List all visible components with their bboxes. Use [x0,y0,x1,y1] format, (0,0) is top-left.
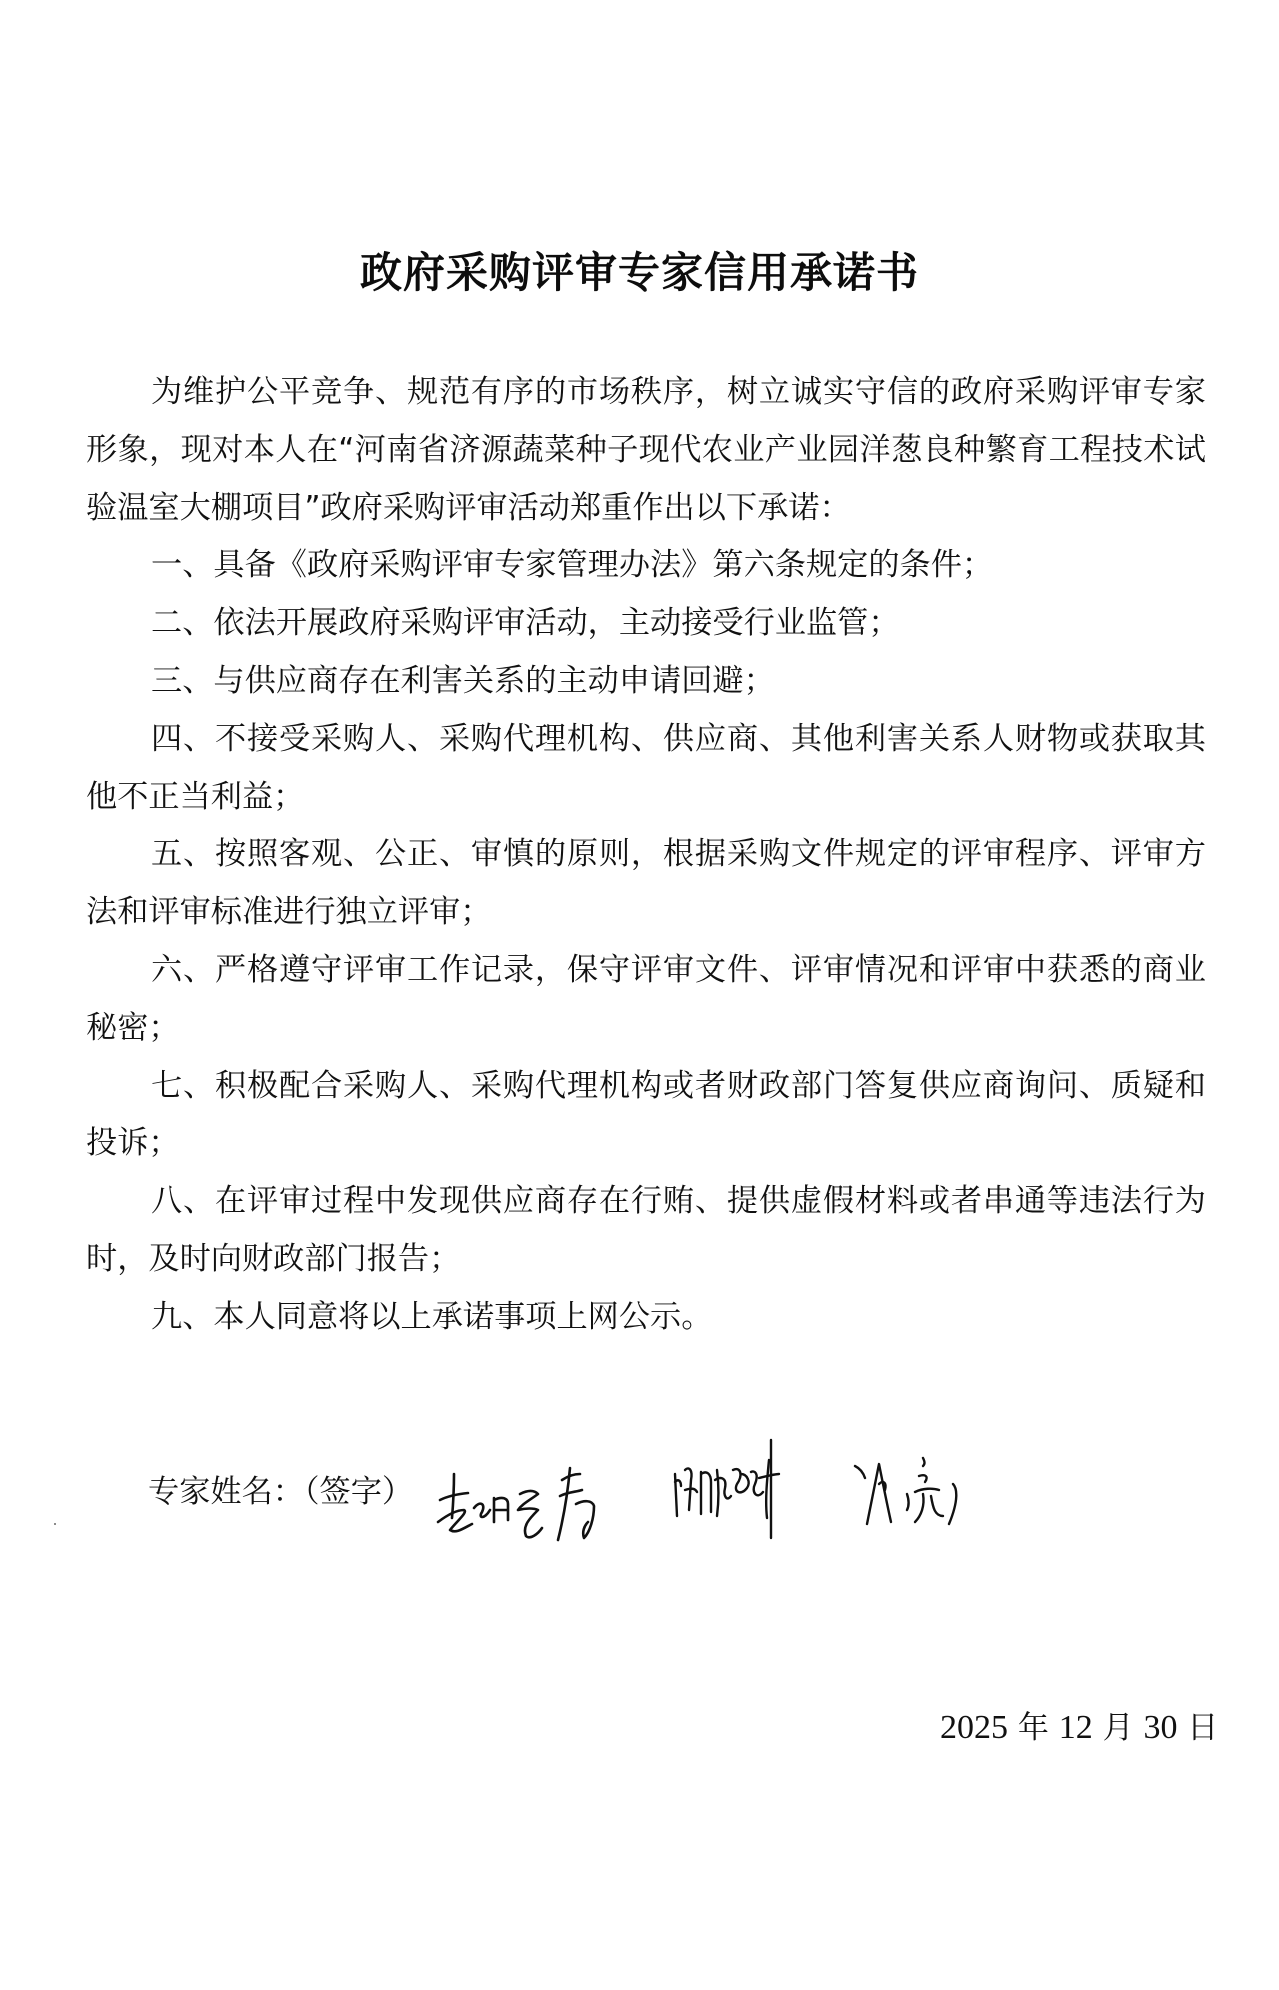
commitment-item-5: 五、按照客观、公正、审慎的原则，根据采购文件规定的评审程序、评审方法和评审标准进… [86,826,1206,942]
commitment-item-3: 三、与供应商存在利害关系的主动申请回避； [86,653,1206,711]
commitment-item-8: 八、在评审过程中发现供应商存在行贿、提供虚假材料或者串通等违法行为时，及时向财政… [86,1173,1206,1289]
intro-paragraph: 为维护公平竞争、规范有序的市场秩序，树立诚实守信的政府采购评审专家形象，现对本人… [86,364,1206,537]
document-title: 政府采购评审专家信用承诺书 [0,248,1279,298]
commitment-item-7: 七、积极配合采购人、采购代理机构或者财政部门答复供应商询问、质疑和投诉； [86,1058,1206,1174]
commitment-item-6: 六、严格遵守评审工作记录，保守评审文件、评审情况和评审中获悉的商业秘密； [86,942,1206,1058]
commitment-item-2: 二、依法开展政府采购评审活动，主动接受行业监管； [86,595,1206,653]
scan-speck [54,1523,56,1525]
document-page: 政府采购评审专家信用承诺书 为维护公平竞争、规范有序的市场秩序，树立诚实守信的政… [0,0,1279,1990]
handwritten-signature-2-icon [671,1430,791,1540]
commitment-item-4: 四、不接受采购人、采购代理机构、供应商、其他利害关系人财物或获取其他不正当利益； [86,711,1206,827]
commitment-item-9: 九、本人同意将以上承诺事项上网公示。 [86,1289,1206,1347]
date-month-unit: 月 [1103,1710,1134,1746]
handwritten-signature-3-icon [853,1454,973,1534]
date-year-unit: 年 [1018,1710,1049,1746]
date-month: 12 [1059,1709,1093,1746]
date-day: 30 [1143,1709,1177,1746]
signature-label: 专家姓名：（签字） [148,1474,413,1510]
signature-row: 专家姓名：（签字） [148,1430,1148,1550]
handwritten-signature-1-icon [434,1460,619,1555]
date-day-unit: 日 [1187,1710,1218,1746]
document-date: 2025 年 12 月 30 日 [940,1708,1218,1748]
date-year: 2025 [940,1709,1008,1746]
document-body: 为维护公平竞争、规范有序的市场秩序，树立诚实守信的政府采购评审专家形象，现对本人… [86,364,1206,1347]
commitment-item-1: 一、具备《政府采购评审专家管理办法》第六条规定的条件； [86,537,1206,595]
